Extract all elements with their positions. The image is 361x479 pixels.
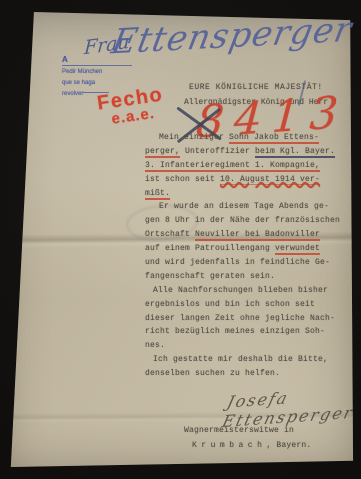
typed-line: Alle Nachforschungen blieben bisher [145, 284, 340, 298]
typed-text: Mein einziger [159, 133, 229, 142]
typed-text: auf einem Patrouillengang [145, 244, 275, 253]
sender-occupation-line: Wagnermeisterswitwe in [184, 426, 294, 435]
typed-text: Ich gestatte mir deshalb die Bitte, [153, 355, 328, 364]
typed-text: mißt. [145, 189, 170, 200]
typed-text: ergebnislos und bin ich schon seit [145, 300, 315, 309]
typed-text: richt bezüglich meines einzigen Soh- [145, 327, 325, 336]
typed-text: Ortschaft [145, 230, 195, 239]
typed-line: ergebnislos und bin ich schon seit [145, 298, 340, 312]
typed-line: Er wurde an diesem Tage Abends ge- [145, 200, 340, 214]
typed-text: fangenschaft geraten sein. [145, 272, 275, 281]
typed-line: richt bezüglich meines einzigen Soh- [145, 325, 340, 339]
typed-text: beim Kgl. Bayer. [255, 147, 335, 158]
typed-line: fangenschaft geraten sein. [145, 270, 340, 284]
sender-region: , Bayern. [266, 441, 311, 450]
letter-body: Mein einziger Sohn Jakob Ettens-perger, … [145, 131, 340, 381]
typed-text: nes. [145, 341, 165, 350]
typed-text: gen 8 Uhr in der Nähe der französischen [145, 216, 340, 225]
typed-text: ist schon seit [145, 175, 220, 184]
typed-line: perger, Unteroffizier beim Kgl. Bayer. [145, 145, 340, 159]
typed-line: mißt. [145, 187, 340, 201]
typed-text: verwundet [275, 244, 320, 255]
blue-stamp-label: A [62, 54, 132, 66]
typed-line: auf einem Patrouillengang verwundet [145, 242, 340, 256]
typed-line: denselben suchen zu helfen. [145, 367, 340, 381]
typed-text: 3. Infanterieregiment 1. Kompagnie, [145, 161, 320, 172]
typed-text: dieser langen Zeit ohne jegliche Nach- [145, 314, 335, 323]
typed-text: denselben suchen zu helfen. [145, 369, 280, 378]
typed-text: 10. August 1914 ver- [220, 175, 320, 185]
typed-line: nes. [145, 339, 340, 353]
typed-text: Unteroffizier [180, 147, 255, 156]
typed-line: dieser langen Zeit ohne jegliche Nach- [145, 312, 340, 326]
sender-city: Krumbach [192, 441, 266, 450]
typed-line: Ortschaft Neuviller bei Badonviller [145, 228, 340, 242]
typed-line: 3. Infanterieregiment 1. Kompagnie, [145, 159, 340, 173]
blue-stamp-line-text: revolver [62, 91, 83, 97]
typed-text: Neuviller bei Badonviller [195, 230, 320, 241]
typed-text: und wird jedenfalls in feindliche Ge- [145, 258, 330, 267]
photo-of-letter: Frau Ettensperger A Pedir München que se… [0, 0, 361, 479]
sender-city-line: Krumbach, Bayern. [192, 441, 311, 450]
typed-line: Mein einziger Sohn Jakob Ettens- [145, 131, 340, 145]
typed-text: perger, [145, 147, 180, 158]
typed-line: Ich gestatte mir deshalb die Bitte, [145, 353, 340, 367]
typed-line: gen 8 Uhr in der Nähe der französischen [145, 214, 340, 228]
typed-text: Alle Nachforschungen blieben bisher [153, 286, 328, 295]
blue-stamp-line: Pedir München [62, 67, 142, 78]
typed-line: ist schon seit 10. August 1914 ver- [145, 173, 340, 187]
typed-line: und wird jedenfalls in feindliche Ge- [145, 256, 340, 270]
typed-text: Sohn Jakob Ettens- [229, 133, 319, 144]
typed-text: Er wurde an diesem Tage Abends ge- [159, 202, 329, 211]
